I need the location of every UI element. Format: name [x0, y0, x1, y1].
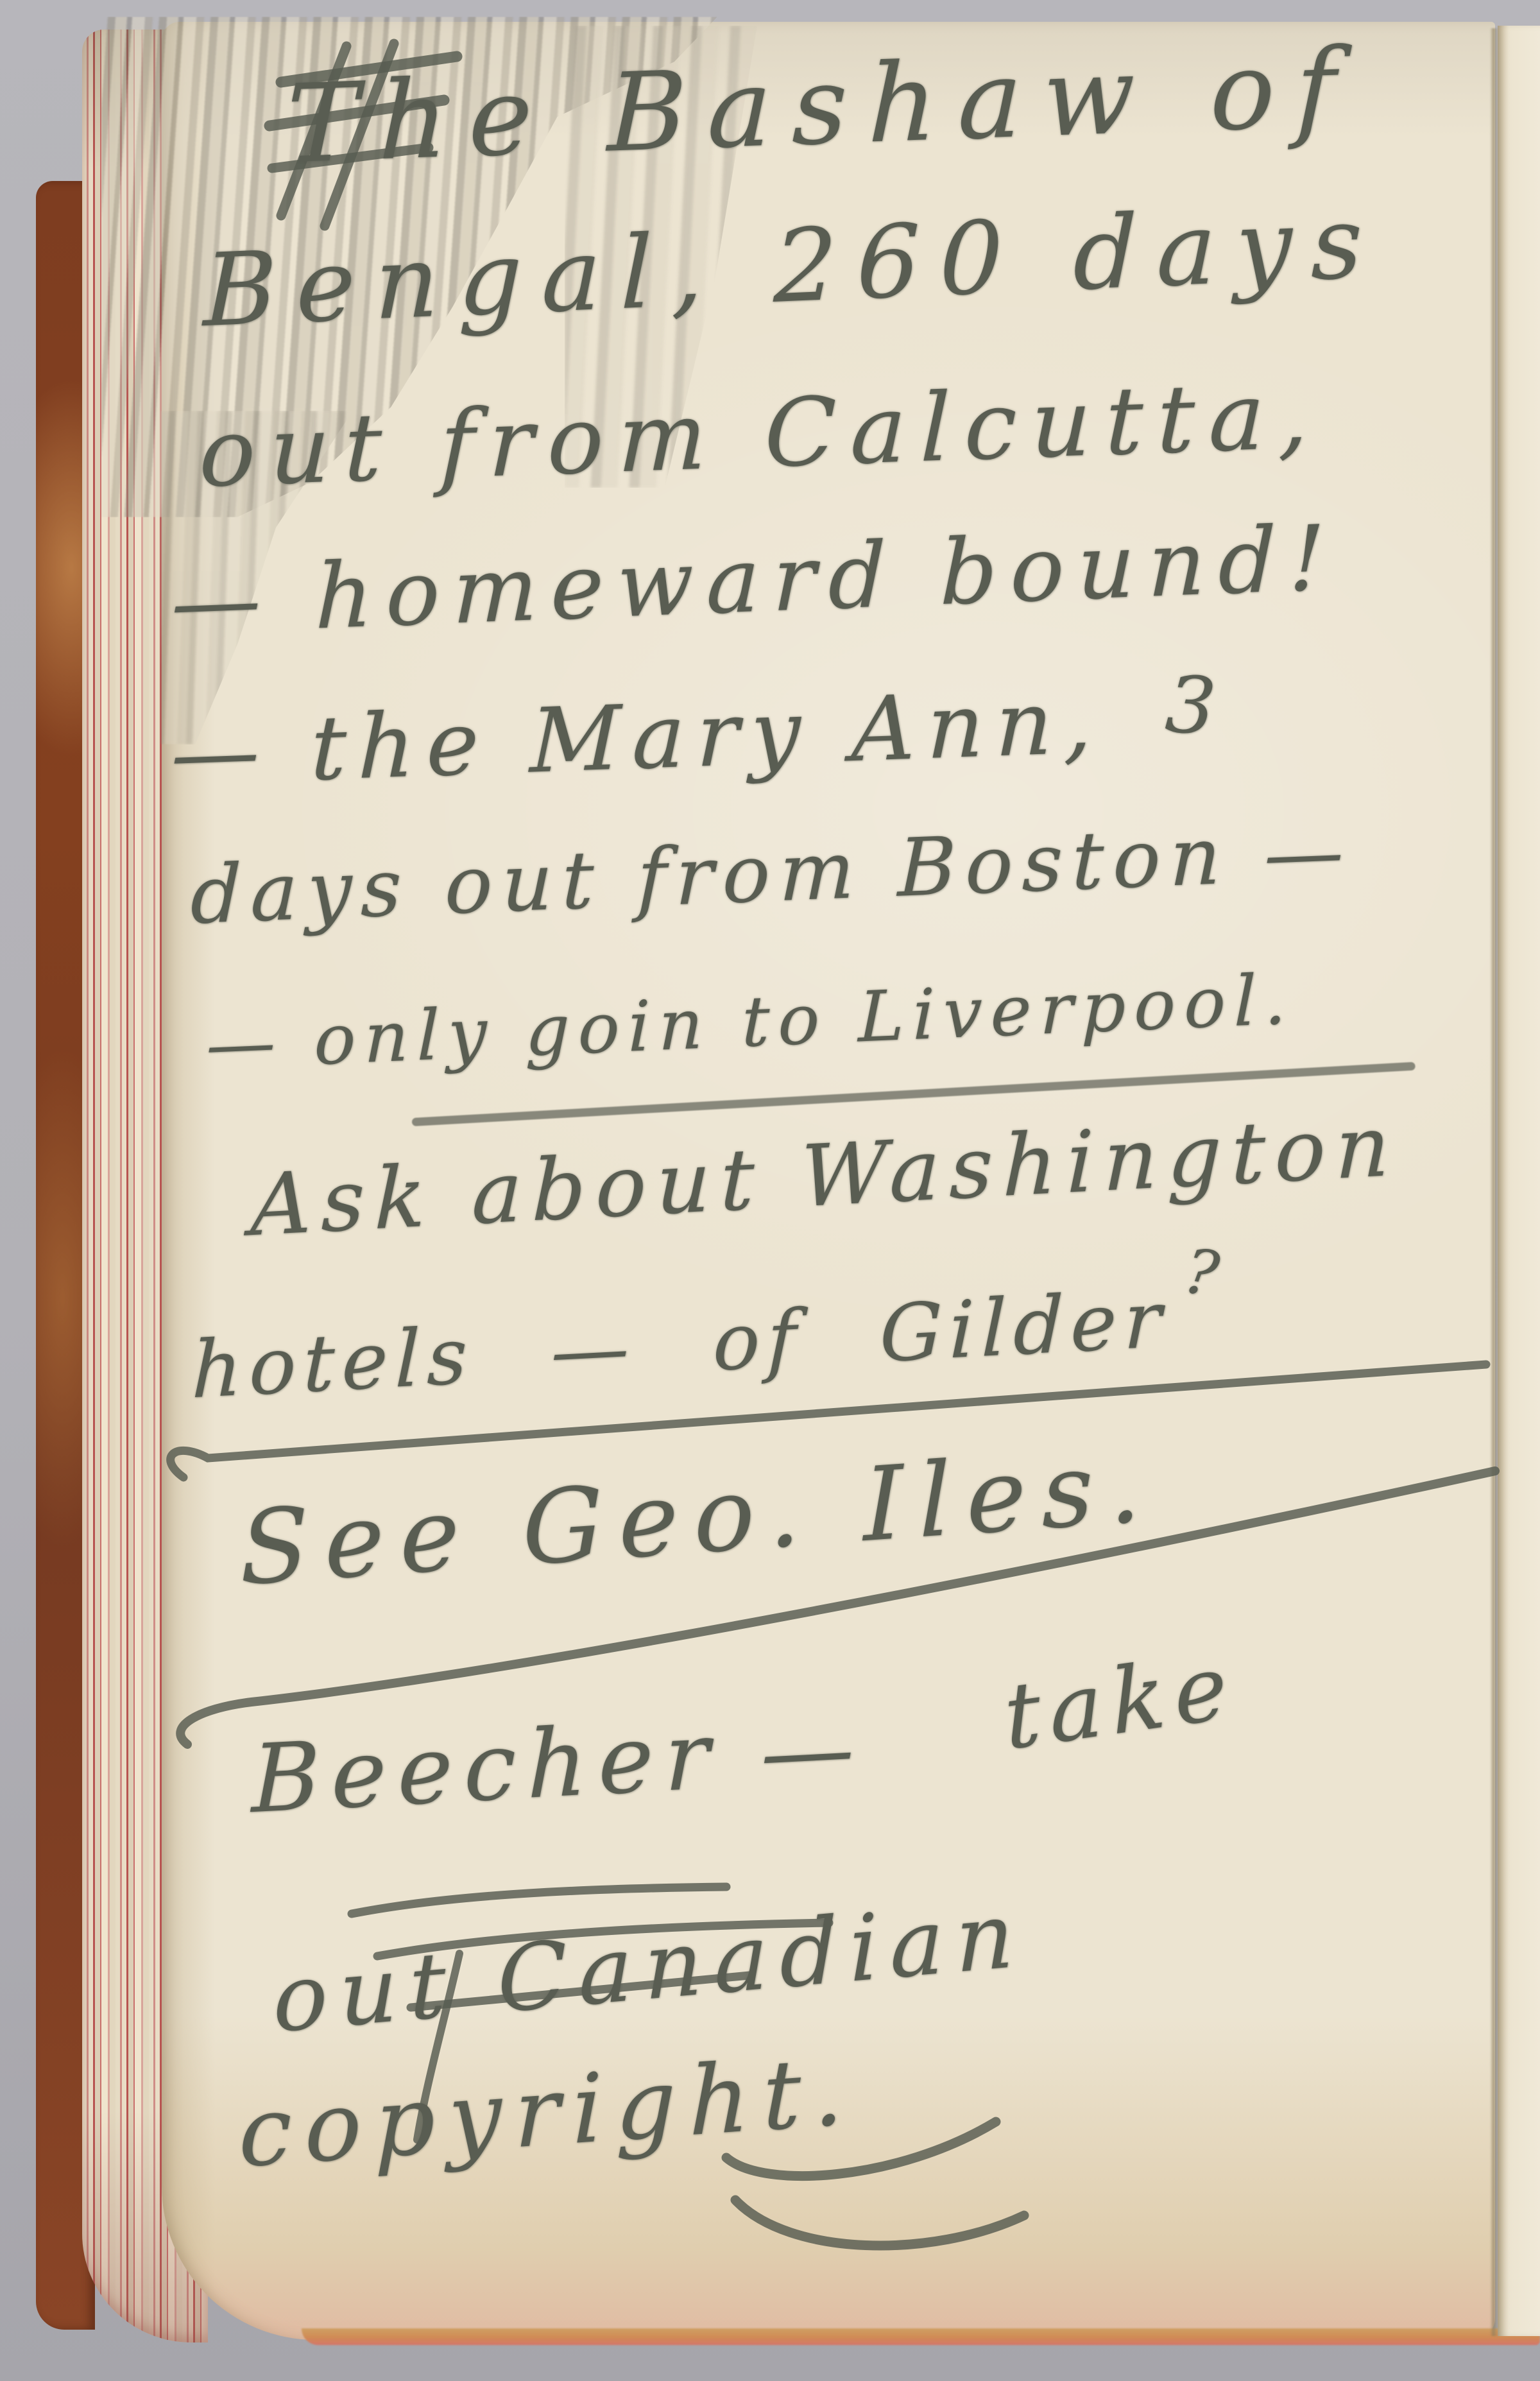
- book-bottom-edge: [302, 2328, 1540, 2345]
- facing-page-edge: [1498, 26, 1540, 2336]
- notebook-scan: The Bashaw of Bengal, 260 days out from …: [0, 0, 1540, 2381]
- gutter-crease: [1490, 28, 1498, 2336]
- handwritten-superscript-3: 3: [1163, 658, 1219, 753]
